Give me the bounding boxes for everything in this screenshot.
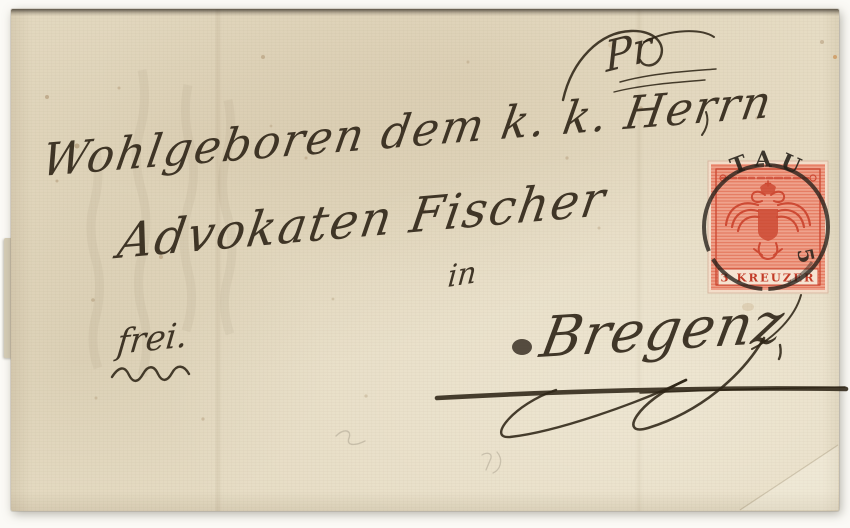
franking-underline-squiggle bbox=[112, 367, 189, 381]
franking-note: frei. bbox=[112, 315, 190, 380]
handwriting-overlay: Pr Wohlgeboren dem k. k. Herrn Advokaten… bbox=[0, 0, 850, 528]
corner-mark-text: Pr bbox=[602, 20, 656, 82]
scanned-letter-background: Pr Wohlgeboren dem k. k. Herrn Advokaten… bbox=[0, 0, 850, 528]
bottom-right-fold bbox=[740, 445, 838, 510]
address-line3: in bbox=[446, 255, 478, 295]
apostrophe-mark bbox=[779, 345, 781, 359]
franking-note-text: frei. bbox=[112, 315, 189, 363]
destination-text: Bregenz bbox=[534, 290, 789, 371]
address-line2: Advokaten Fischer bbox=[110, 171, 611, 270]
pencil-marks bbox=[336, 431, 501, 473]
ink-blot bbox=[512, 339, 532, 355]
